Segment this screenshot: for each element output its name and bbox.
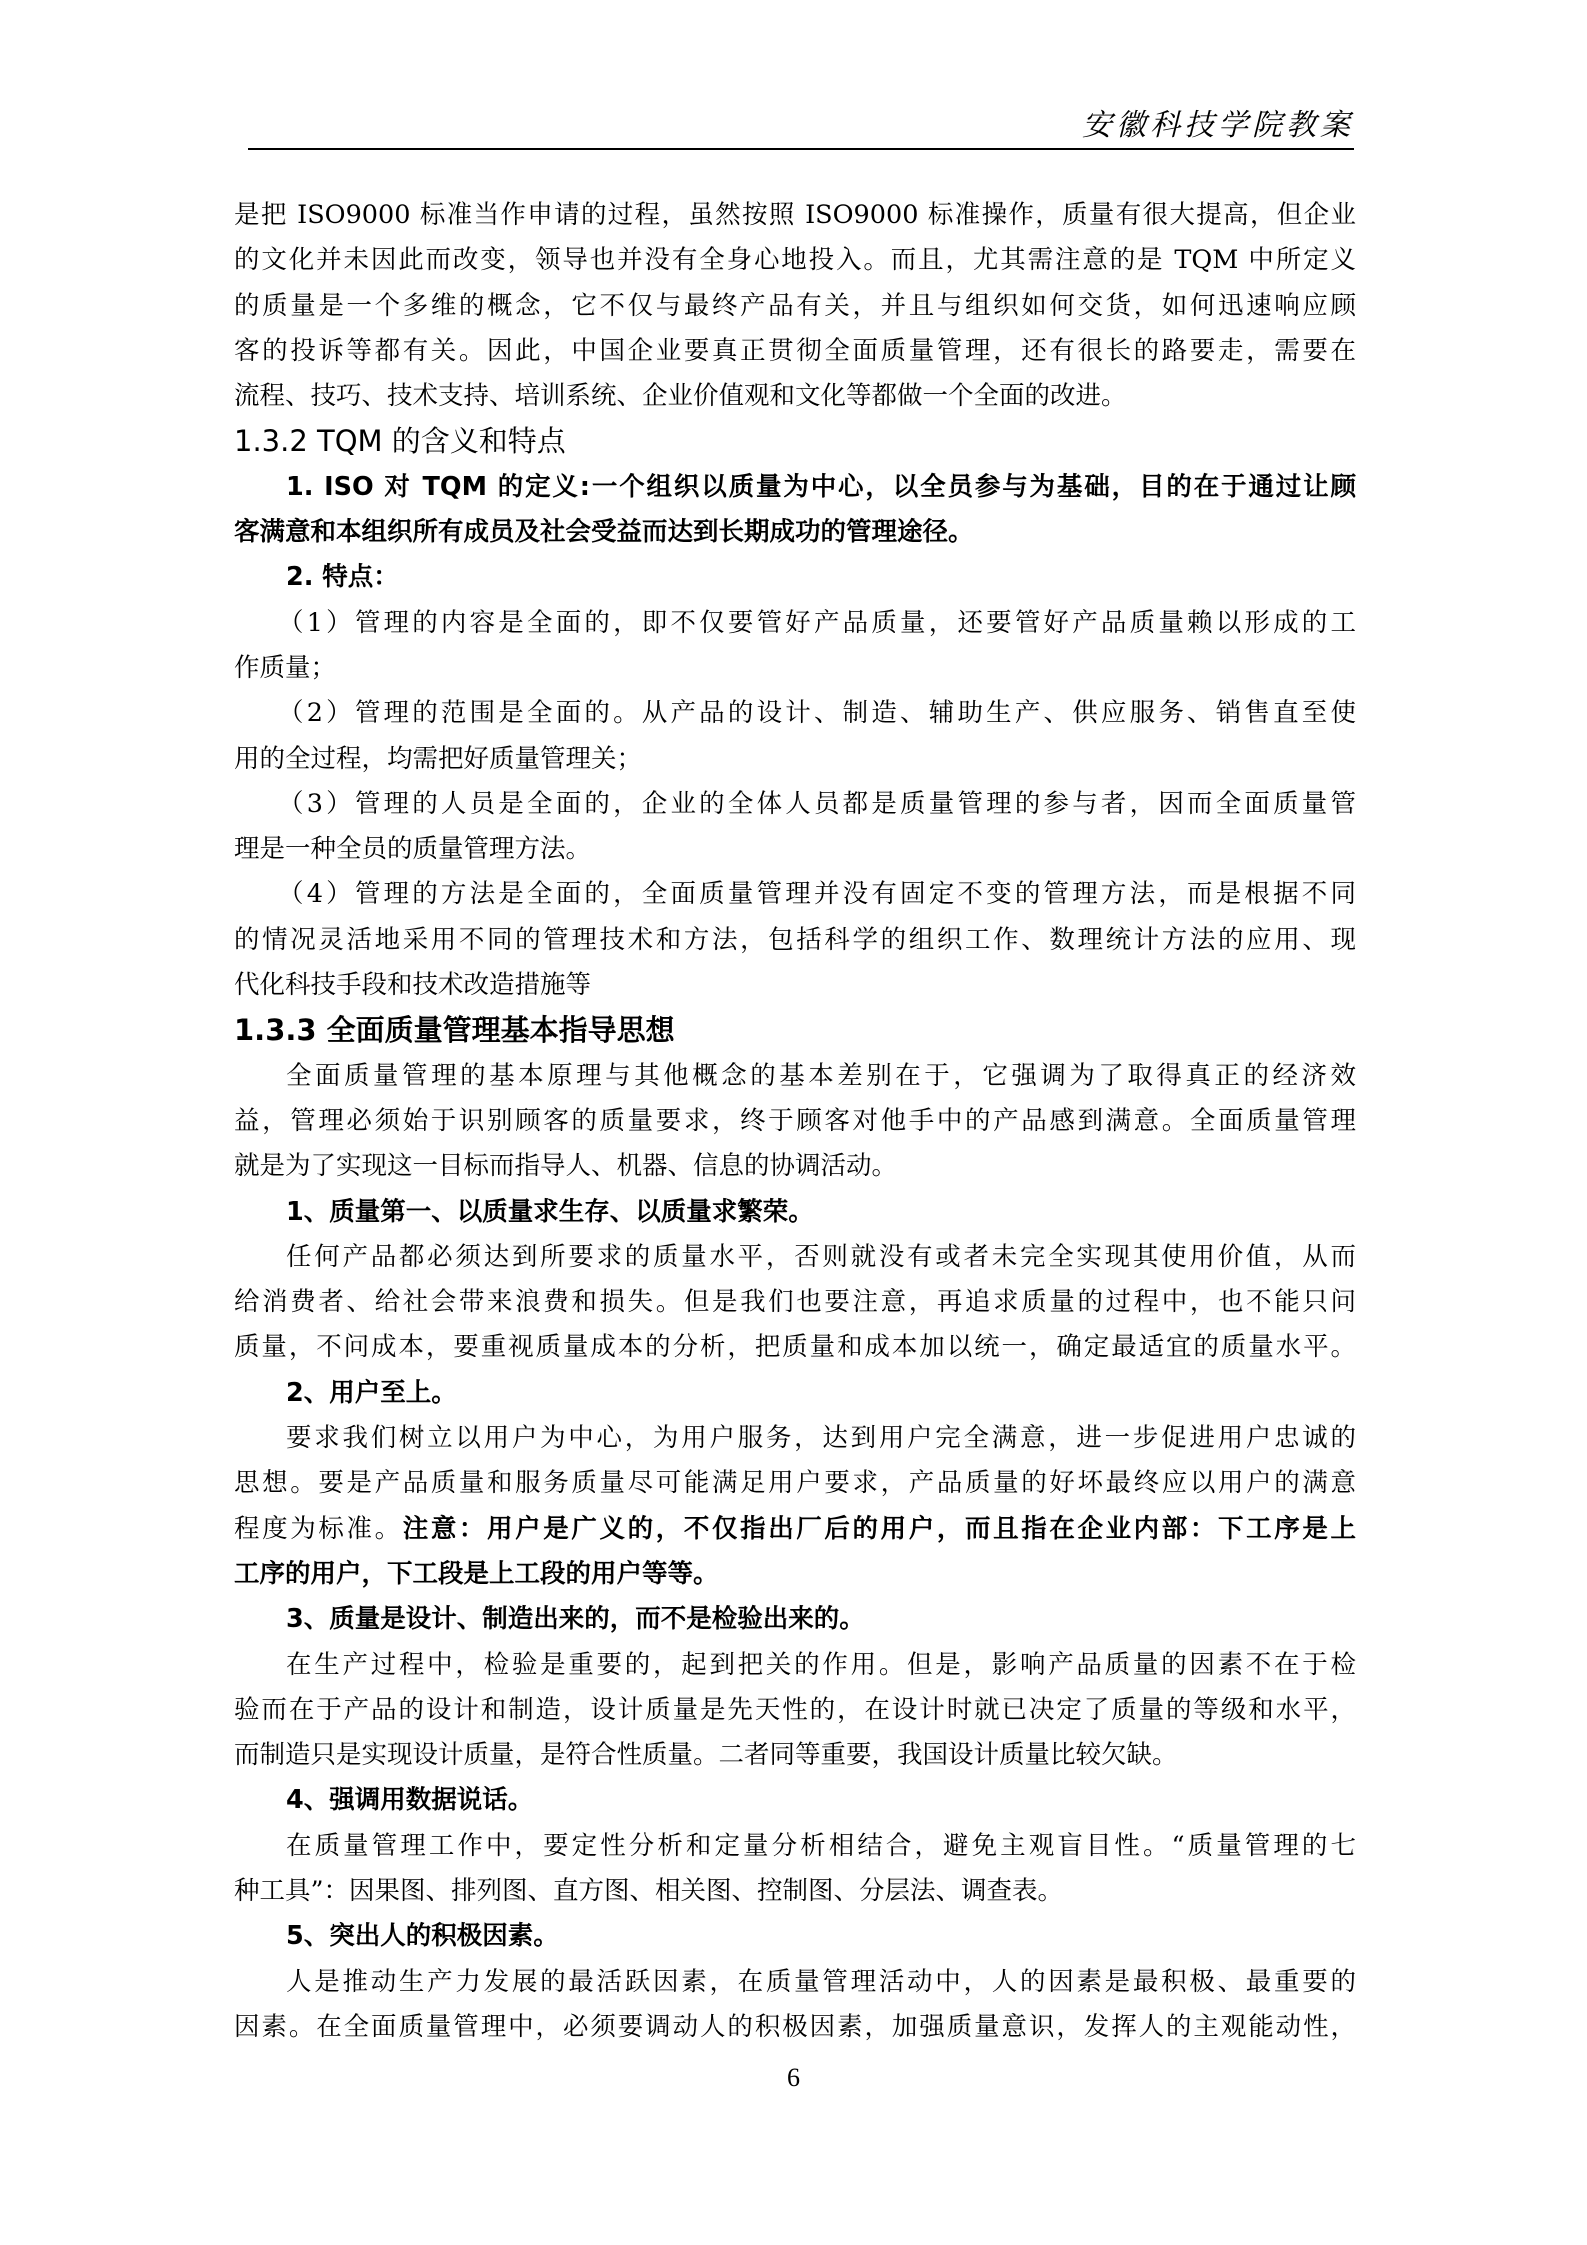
principle-heading-5: 5、突出人的积极因素。 bbox=[234, 1914, 1356, 1959]
paragraph-line: 验而在于产品的设计和制造，设计质量是先天性的，在设计时就已决定了质量的等级和水平… bbox=[234, 1688, 1356, 1733]
principle-heading-4: 4、强调用数据说话。 bbox=[234, 1778, 1356, 1823]
section-heading-1-3-3: 1.3.3 全面质量管理基本指导思想 bbox=[234, 1008, 1356, 1053]
paragraph-line-mixed: 程度为标准。注意：用户是广义的，不仅指出厂后的用户，而且指在企业内部：下工序是上 bbox=[234, 1507, 1356, 1552]
paragraph-line: 质量，不问成本，要重视质量成本的分析，把质量和成本加以统一，确定最适宜的质量水平… bbox=[234, 1325, 1356, 1370]
paragraph-line: 要求我们树立以用户为中心，为用户服务，达到用户完全满意，进一步促进用户忠诚的 bbox=[234, 1416, 1356, 1461]
principle-heading-3: 3、质量是设计、制造出来的，而不是检验出来的。 bbox=[234, 1597, 1356, 1642]
section-heading-1-3-2: 1.3.2 TQM 的含义和特点 bbox=[234, 419, 1356, 464]
paragraph-line: 而制造只是实现设计质量，是符合性质量。二者同等重要，我国设计质量比较欠缺。 bbox=[234, 1733, 1356, 1778]
page-number: 6 bbox=[0, 2063, 1587, 2093]
paragraph-line: 客的投诉等都有关。因此，中国企业要真正贯彻全面质量管理，还有很长的路要走，需要在 bbox=[234, 329, 1356, 374]
definition-line: 1. ISO 对 TQM 的定义:一个组织以质量为中心，以全员参与为基础，目的在… bbox=[234, 465, 1356, 510]
note-bold-text: 注意：用户是广义的，不仅指出厂后的用户，而且指在企业内部：下工序是上 bbox=[403, 1514, 1356, 1544]
paragraph-line: 在生产过程中，检验是重要的，起到把关的作用。但是，影响产品质量的因素不在于检 bbox=[234, 1643, 1356, 1688]
feature-item-1-cont: 作质量； bbox=[234, 646, 1356, 691]
feature-item-4-cont: 代化科技手段和技术改造措施等 bbox=[234, 963, 1356, 1008]
paragraph-line: 的质量是一个多维的概念，它不仅与最终产品有关，并且与组织如何交货，如何迅速响应顾 bbox=[234, 284, 1356, 329]
paragraph-line: 全面质量管理的基本原理与其他概念的基本差别在于，它强调为了取得真正的经济效 bbox=[234, 1054, 1356, 1099]
paragraph-line: 人是推动生产力发展的最活跃因素，在质量管理活动中，人的因素是最积极、最重要的 bbox=[234, 1960, 1356, 2005]
feature-item-3-cont: 理是一种全员的质量管理方法。 bbox=[234, 827, 1356, 872]
paragraph-line: 是把 ISO9000 标准当作申请的过程，虽然按照 ISO9000 标准操作，质… bbox=[234, 193, 1356, 238]
feature-item-1: （1）管理的内容是全面的，即不仅要管好产品质量，还要管好产品质量赖以形成的工 bbox=[234, 601, 1356, 646]
normal-text: 程度为标准。 bbox=[234, 1514, 403, 1544]
paragraph-line: 流程、技巧、技术支持、培训系统、企业价值观和文化等都做一个全面的改进。 bbox=[234, 374, 1356, 419]
feature-item-4-cont: 的情况灵活地采用不同的管理技术和方法，包括科学的组织工作、数理统计方法的应用、现 bbox=[234, 918, 1356, 963]
paragraph-line: 因素。在全面质量管理中，必须要调动人的积极因素，加强质量意识，发挥人的主观能动性… bbox=[234, 2005, 1356, 2050]
note-bold-line: 工序的用户，下工段是上工段的用户等等。 bbox=[234, 1552, 1356, 1597]
principle-heading-2: 2、用户至上。 bbox=[234, 1371, 1356, 1416]
paragraph-line: 种工具”：因果图、排列图、直方图、相关图、控制图、分层法、调查表。 bbox=[234, 1869, 1356, 1914]
feature-item-3: （3）管理的人员是全面的，企业的全体人员都是质量管理的参与者，因而全面质量管 bbox=[234, 782, 1356, 827]
document-body: 是把 ISO9000 标准当作申请的过程，虽然按照 ISO9000 标准操作，质… bbox=[234, 193, 1356, 2050]
paragraph-line: 益，管理必须始于识别顾客的质量要求，终于顾客对他手中的产品感到满意。全面质量管理 bbox=[234, 1099, 1356, 1144]
feature-item-4: （4）管理的方法是全面的，全面质量管理并没有固定不变的管理方法，而是根据不同 bbox=[234, 872, 1356, 917]
paragraph-line: 在质量管理工作中，要定性分析和定量分析相结合，避免主观盲目性。“质量管理的七 bbox=[234, 1824, 1356, 1869]
definition-line: 客满意和本组织所有成员及社会受益而达到长期成功的管理途径。 bbox=[234, 510, 1356, 555]
paragraph-line: 的文化并未因此而改变，领导也并没有全身心地投入。而且，尤其需注意的是 TQM 中… bbox=[234, 238, 1356, 283]
page-header: 安徽科技学院教案 bbox=[248, 108, 1354, 150]
paragraph-line: 就是为了实现这一目标而指导人、机器、信息的协调活动。 bbox=[234, 1144, 1356, 1189]
header-title: 安徽科技学院教案 bbox=[1082, 100, 1354, 144]
feature-item-2: （2）管理的范围是全面的。从产品的设计、制造、辅助生产、供应服务、销售直至使 bbox=[234, 691, 1356, 736]
principle-heading-1: 1、质量第一、以质量求生存、以质量求繁荣。 bbox=[234, 1190, 1356, 1235]
features-heading: 2. 特点： bbox=[234, 555, 1356, 600]
paragraph-line: 任何产品都必须达到所要求的质量水平，否则就没有或者未完全实现其使用价值，从而 bbox=[234, 1235, 1356, 1280]
feature-item-2-cont: 用的全过程，均需把好质量管理关； bbox=[234, 737, 1356, 782]
paragraph-line: 给消费者、给社会带来浪费和损失。但是我们也要注意，再追求质量的过程中，也不能只问 bbox=[234, 1280, 1356, 1325]
paragraph-line: 思想。要是产品质量和服务质量尽可能满足用户要求，产品质量的好坏最终应以用户的满意 bbox=[234, 1461, 1356, 1506]
